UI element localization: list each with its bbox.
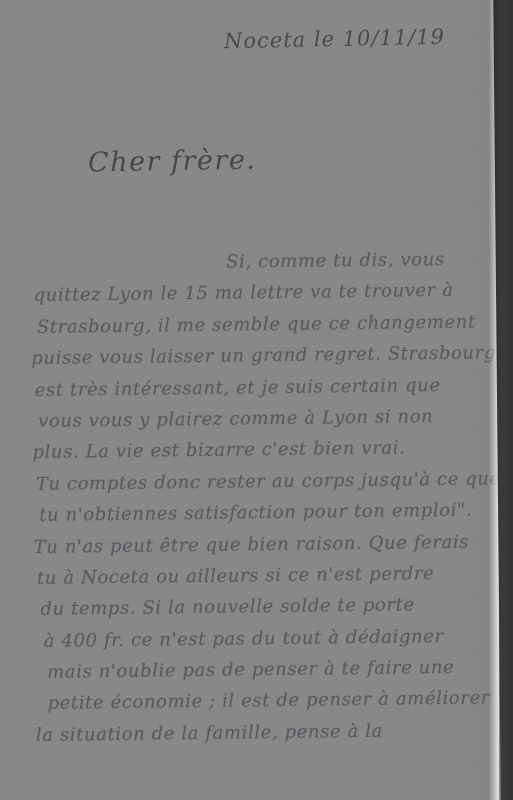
body-line: tu n'obtiennes satisfaction pour ton emp…: [39, 494, 501, 531]
letter-salutation: Cher frère.: [88, 145, 257, 179]
scanned-letter-page: Noceta le 10/11/19 Cher frère. Si, comme…: [0, 0, 513, 800]
page-edge-shading: [465, 0, 499, 800]
body-line: tu à Noceta ou ailleurs si ce n'est perd…: [37, 557, 502, 594]
body-line: puisse vous laisser un grand regret. Str…: [31, 337, 499, 374]
body-line: petite économie ; il est de penser à amé…: [47, 683, 503, 720]
letter-date-line: Noceta le 10/11/19: [224, 25, 445, 54]
body-line: la situation de la famille, pense à la: [36, 714, 504, 751]
letter-body: Si, comme tu dis, vous quittez Lyon le 1…: [30, 243, 504, 751]
body-line: vous vous y plairez comme à Lyon si non: [38, 400, 500, 437]
